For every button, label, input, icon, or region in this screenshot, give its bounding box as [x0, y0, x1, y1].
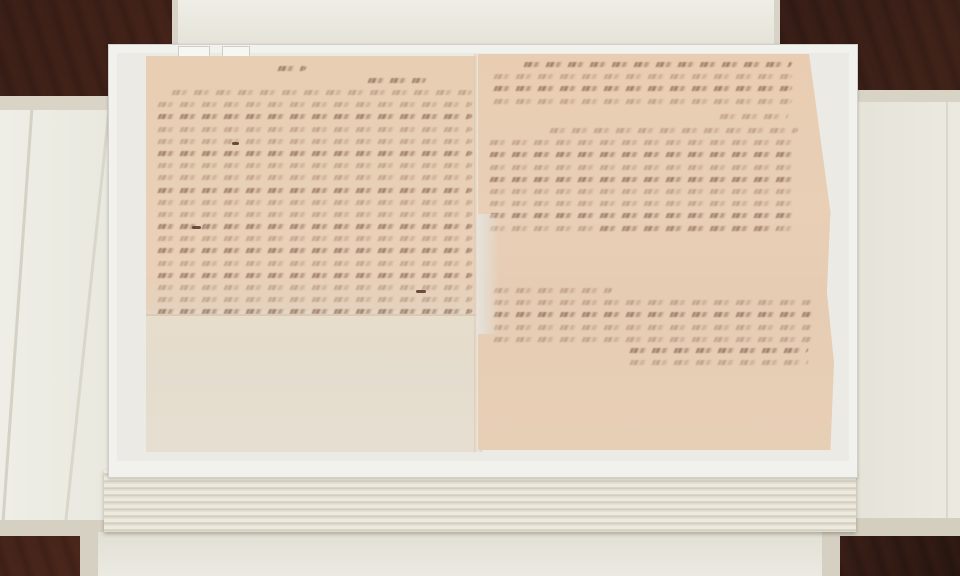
ink-blot: [416, 290, 426, 293]
signature-block: [628, 344, 808, 368]
fold-crease: [2, 110, 34, 520]
blank-lower-section: [146, 314, 478, 452]
handwriting-dateline: [718, 110, 788, 122]
manuscript-left-page: [146, 56, 478, 452]
mat-board-stack: [104, 470, 856, 532]
ink-blot: [192, 226, 201, 229]
folder-bottom-flap: [80, 532, 840, 576]
handwriting-postscript: [492, 284, 812, 345]
handwriting-upper-block: [492, 58, 792, 107]
letter-dateline: [366, 74, 426, 86]
ink-blot: [232, 142, 239, 145]
fold-crease: [946, 102, 948, 518]
letter-heading: [276, 62, 306, 74]
closing-line: [598, 222, 778, 234]
handwriting-body: [156, 86, 472, 318]
photo-scene: [0, 0, 960, 576]
handwriting-middle-block: [488, 124, 798, 234]
paper-stain: [478, 214, 500, 334]
fold-crease: [64, 110, 110, 520]
manuscript-right-page: [478, 54, 834, 450]
